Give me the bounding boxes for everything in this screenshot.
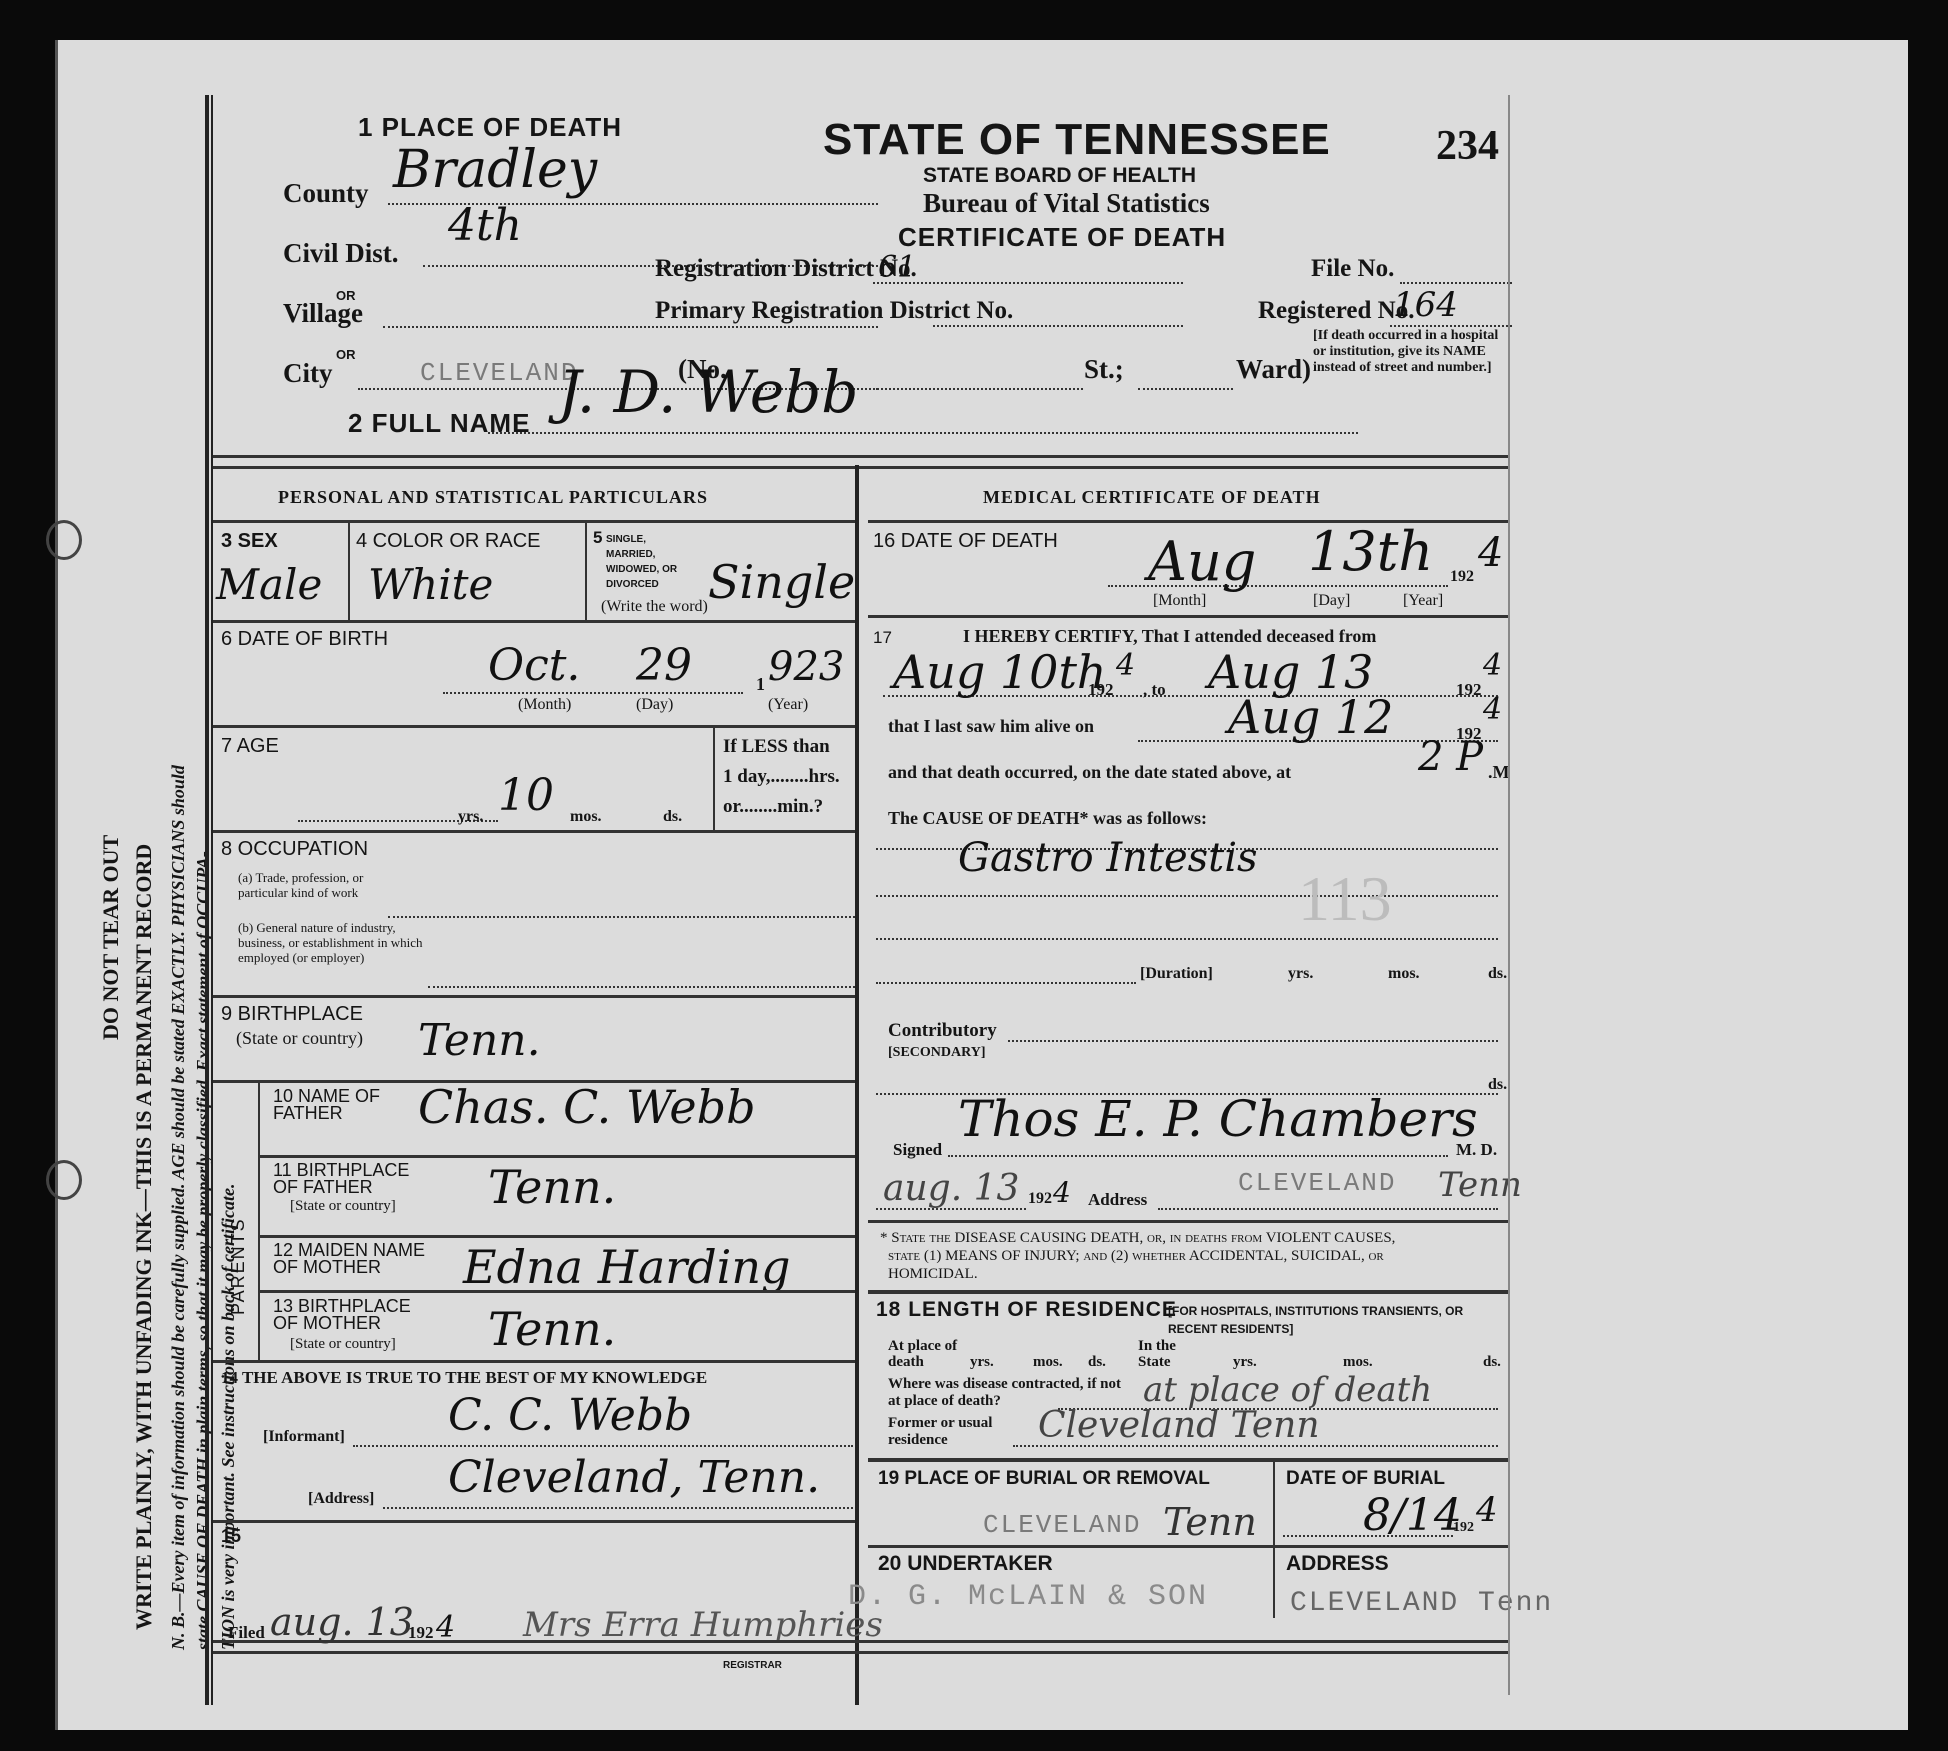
physician-signature[interactable]: Thos E. P. Chambers xyxy=(958,1090,1478,1148)
death-certificate: DO NOT TEAR OUT WRITE PLAINLY, WITH UNFA… xyxy=(55,40,1908,1730)
duration-mos: mos. xyxy=(1388,965,1420,983)
bottom-divider xyxy=(213,1640,1508,1654)
undertaker-label: 20 UNDERTAKER xyxy=(878,1552,1053,1576)
margin-mark: 113 xyxy=(1298,862,1392,936)
signed-label: Signed xyxy=(893,1140,942,1160)
father-birthplace-label: 11 BIRTHPLACE OF FATHER xyxy=(273,1162,438,1196)
occupation-a-field[interactable] xyxy=(388,916,855,918)
filed-date-field[interactable]: aug. 13 xyxy=(270,1600,414,1644)
informant-field[interactable]: C. C. Webb xyxy=(448,1390,692,1441)
undertaker-address-label: ADDRESS xyxy=(1286,1552,1389,1576)
mother-birthplace-label: 13 BIRTHPLACE OF MOTHER xyxy=(273,1298,438,1332)
parents-side-label: PARENTS xyxy=(228,1217,249,1315)
signed-year-prefix: 192 xyxy=(1028,1190,1052,1208)
in-state-label: In the State xyxy=(1138,1338,1198,1370)
dod-year-prefix: 192 xyxy=(1450,568,1474,586)
duration-label: [Duration] xyxy=(1140,965,1213,983)
contributory-field[interactable] xyxy=(1008,1040,1498,1042)
death-time-field[interactable]: 2 P xyxy=(1418,734,1483,780)
dod-day-field[interactable]: 13th xyxy=(1308,520,1433,583)
residence-heading: 18 LENGTH OF RESIDENCE xyxy=(876,1298,1177,1322)
bureau-title: Bureau of Vital Statistics xyxy=(923,188,1210,219)
undertaker-address-field[interactable]: CLEVELAND Tenn xyxy=(1290,1588,1553,1619)
informant-address-label: [Address] xyxy=(308,1490,374,1508)
undertaker-field[interactable]: D. G. McLAIN & SON xyxy=(848,1580,1208,1614)
registration-district-field[interactable]: 61 xyxy=(878,250,916,285)
age-ds-label: ds. xyxy=(663,808,682,826)
attended-to-year-prefix: 192 xyxy=(1456,680,1482,700)
duration-yrs: yrs. xyxy=(1288,965,1313,983)
cause-of-death-text: The CAUSE OF DEATH* was as follows: xyxy=(888,808,1207,829)
primary-district-label: Primary Registration District No. xyxy=(655,297,1013,325)
burial-date-label: DATE OF BURIAL xyxy=(1286,1468,1445,1490)
last-saw-text: that I last saw him alive on xyxy=(888,716,1094,737)
sex-label: 3 SEX xyxy=(221,530,278,553)
physician-address-stamp[interactable]: CLEVELAND xyxy=(1238,1168,1396,1198)
village-field[interactable] xyxy=(383,326,878,328)
state-hint: [State or country] xyxy=(290,1336,396,1353)
file-no-field[interactable] xyxy=(1400,282,1512,284)
state-hint: [State or country] xyxy=(290,1198,396,1215)
race-field[interactable]: White xyxy=(368,560,493,609)
civil-dist-field[interactable]: 4th xyxy=(448,200,522,251)
date-of-death-label: 16 DATE OF DEATH xyxy=(873,530,1058,553)
signed-date-field[interactable]: aug. 13 xyxy=(883,1168,1019,1209)
less-than-label: If LESS than xyxy=(723,736,830,758)
age-mos-label: mos. xyxy=(570,808,602,826)
form-right-border xyxy=(1508,95,1510,1695)
residence-note: [FOR HOSPITALS, INSTITUTIONS TRANSIENTS,… xyxy=(1168,1302,1508,1338)
to-label: , to xyxy=(1143,680,1166,700)
margin-do-not-tear: DO NOT TEAR OUT xyxy=(98,835,124,1040)
burial-year-prefix: 192 xyxy=(1453,1520,1474,1536)
dob-year-field[interactable]: 923 xyxy=(768,644,844,690)
header-divider xyxy=(213,455,1508,469)
in-state-ds: ds. xyxy=(1483,1354,1501,1371)
dod-day-hint: [Day] xyxy=(1313,592,1350,610)
full-name-field[interactable]: J. D. Webb xyxy=(558,358,858,426)
attended-from-field[interactable]: Aug 10th xyxy=(893,645,1107,699)
time-suffix: .M xyxy=(1488,762,1510,783)
in-state-yrs: yrs. xyxy=(1233,1354,1257,1371)
mother-birthplace-field[interactable]: Tenn. xyxy=(488,1302,616,1356)
footnote-line-3: HOMICIDAL. xyxy=(888,1266,978,1283)
burial-place-field[interactable]: Tenn xyxy=(1163,1500,1257,1544)
where-contracted-field[interactable]: at place of death xyxy=(1143,1370,1432,1410)
age-mos-field[interactable]: 10 xyxy=(498,770,554,821)
footnote-line-1: * State the DISEASE CAUSING DEATH, or, i… xyxy=(880,1230,1395,1247)
occupation-b-field[interactable] xyxy=(428,986,855,988)
birthplace-label: 9 BIRTHPLACE xyxy=(221,1003,363,1026)
cause-of-death-field[interactable]: Gastro Intestis xyxy=(958,835,1258,881)
punch-hole-icon xyxy=(46,520,82,560)
month-hint: (Month) xyxy=(518,696,571,714)
sex-field[interactable]: Male xyxy=(216,560,322,609)
attended-from-year-prefix: 192 xyxy=(1088,680,1114,700)
full-name-label: 2 FULL NAME xyxy=(348,408,530,439)
father-name-field[interactable]: Chas. C. Webb xyxy=(418,1080,756,1134)
burial-place-label: 19 PLACE OF BURIAL OR REMOVAL xyxy=(878,1468,1210,1490)
at-place-ds: ds. xyxy=(1088,1354,1106,1371)
certificate-title: CERTIFICATE OF DEATH xyxy=(898,222,1226,253)
physician-address-label: Address xyxy=(1088,1190,1147,1210)
place-of-death-heading: 1 PLACE OF DEATH xyxy=(358,112,622,143)
mother-name-field[interactable]: Edna Harding xyxy=(463,1240,790,1294)
dob-month-field[interactable]: Oct. xyxy=(488,640,580,691)
registrar-signature[interactable]: Mrs Erra Humphries xyxy=(523,1605,883,1645)
city-label: City xyxy=(283,358,333,389)
form-left-border-inner xyxy=(211,95,213,1705)
occupation-label: 8 OCCUPATION xyxy=(221,838,368,861)
marital-options: SINGLE, MARRIED, WIDOWED, OR DIVORCED xyxy=(606,532,686,592)
or-label: OR xyxy=(336,347,356,362)
duration-ds: ds. xyxy=(1488,965,1507,983)
dod-month-hint: [Month] xyxy=(1153,592,1206,610)
city-field[interactable]: CLEVELAND xyxy=(420,358,578,388)
registered-no-field[interactable]: 164 xyxy=(1393,285,1458,325)
year-hint: (Year) xyxy=(768,696,808,714)
certificate-number: 234 xyxy=(1436,122,1499,170)
at-place-mos: mos. xyxy=(1033,1354,1063,1371)
less-than-hours: 1 day,........hrs. xyxy=(723,766,840,788)
margin-write-plainly: WRITE PLAINLY, WITH UNFADING INK—THIS IS… xyxy=(131,844,157,1630)
age-yrs-label: yrs. xyxy=(458,808,483,826)
civil-dist-label: Civil Dist. xyxy=(283,238,399,269)
birthplace-hint: (State or country) xyxy=(236,1028,363,1049)
street-label: St.; xyxy=(1084,354,1124,385)
footnote-line-2: state (1) MEANS OF INJURY; and (2) wheth… xyxy=(888,1248,1384,1265)
in-state-mos: mos. xyxy=(1343,1354,1373,1371)
mother-label: 12 MAIDEN NAME OF MOTHER xyxy=(273,1242,453,1276)
margin-nb-1: N. B.—Every item of information should b… xyxy=(168,765,189,1650)
attended-from-year-field[interactable]: 4 xyxy=(1116,648,1135,683)
father-birthplace-field[interactable]: Tenn. xyxy=(488,1160,616,1214)
dob-day-field[interactable]: 29 xyxy=(636,640,692,691)
less-than-minutes: or........min.? xyxy=(723,796,823,818)
column-divider xyxy=(855,465,859,1705)
informant-label: [Informant] xyxy=(263,1428,345,1446)
secondary-label: [SECONDARY] xyxy=(888,1045,986,1061)
village-label: Village xyxy=(283,298,363,329)
burial-date-field[interactable]: 8/14 xyxy=(1363,1490,1462,1541)
burial-year-field[interactable]: 4 xyxy=(1476,1490,1498,1530)
dob-year-prefix: 1 xyxy=(756,674,765,695)
ward-label: Ward) xyxy=(1236,354,1311,385)
registrar-label: REGISTRAR xyxy=(723,1660,782,1671)
race-label: 4 COLOR OR RACE xyxy=(356,530,540,553)
state-title: STATE OF TENNESSEE xyxy=(823,115,1331,165)
day-hint: (Day) xyxy=(636,696,673,714)
md-label: M. D. xyxy=(1456,1140,1497,1160)
father-label: 10 NAME OF FATHER xyxy=(273,1088,433,1122)
punch-hole-icon xyxy=(46,1160,82,1200)
last-saw-field[interactable]: Aug 12 xyxy=(1228,690,1393,744)
personal-heading: PERSONAL AND STATISTICAL PARTICULARS xyxy=(278,487,708,508)
dod-month-field[interactable]: Aug xyxy=(1148,530,1256,593)
marital-field[interactable]: Single xyxy=(708,555,855,609)
county-label: County xyxy=(283,178,369,209)
dod-year-hint: [Year] xyxy=(1403,592,1443,610)
dob-label: 6 DATE OF BIRTH xyxy=(221,628,388,651)
file-no-label: File No. xyxy=(1311,255,1394,283)
death-time-text: and that death occurred, on the date sta… xyxy=(888,762,1291,783)
former-residence-field[interactable]: Cleveland Tenn xyxy=(1038,1405,1320,1446)
certify-number: 17 xyxy=(873,628,892,648)
age-label: 7 AGE xyxy=(221,735,279,758)
occupation-a-label: (a) Trade, profession, or particular kin… xyxy=(238,870,408,900)
county-field[interactable]: Bradley xyxy=(393,140,597,200)
dod-year-field[interactable]: 4 xyxy=(1478,530,1503,576)
at-place-label: At place of death xyxy=(888,1338,968,1370)
registered-no-label: Registered No. xyxy=(1258,297,1414,325)
hospital-note: [If death occurred in a hospital or inst… xyxy=(1313,328,1513,376)
secondary-duration-ds: ds. xyxy=(1488,1076,1507,1094)
signed-year-field[interactable]: 4 xyxy=(1053,1176,1071,1209)
marital-number: 5 xyxy=(593,528,602,548)
filing-number: 15 xyxy=(221,1526,241,1547)
primary-district-field[interactable] xyxy=(933,325,1183,327)
contributory-label: Contributory xyxy=(888,1020,997,1042)
attended-to-year-field[interactable]: 4 xyxy=(1483,648,1502,683)
board-title: STATE BOARD OF HEALTH xyxy=(923,164,1196,188)
at-place-yrs: yrs. xyxy=(970,1354,994,1371)
informant-address-field[interactable]: Cleveland, Tenn. xyxy=(448,1452,820,1503)
medical-heading: MEDICAL CERTIFICATE OF DEATH xyxy=(983,487,1321,508)
former-residence-label: Former or usual residence xyxy=(888,1415,1038,1449)
occupation-b-label: (b) General nature of industry, business… xyxy=(238,920,428,965)
certify-text: I HEREBY CERTIFY, That I attended deceas… xyxy=(963,626,1376,647)
burial-place-stamp[interactable]: CLEVELAND xyxy=(983,1510,1141,1540)
informant-heading: 14 THE ABOVE IS TRUE TO THE BEST OF MY K… xyxy=(221,1368,707,1388)
last-saw-year-field[interactable]: 4 xyxy=(1483,692,1502,727)
form-left-border xyxy=(205,95,209,1705)
birthplace-field[interactable]: Tenn. xyxy=(418,1015,541,1066)
marital-hint: (Write the word) xyxy=(601,598,708,616)
